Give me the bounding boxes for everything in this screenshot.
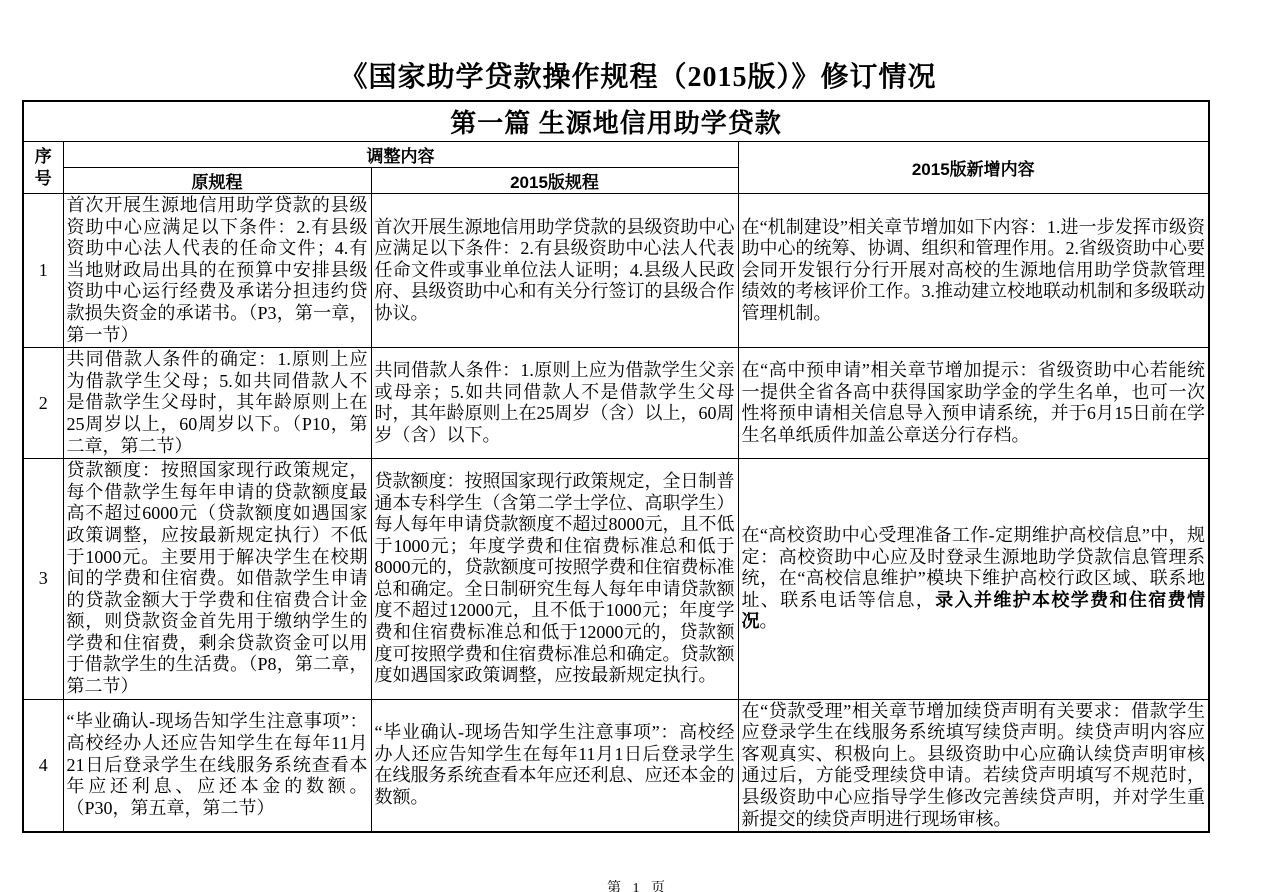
section-title: 第一篇 生源地信用助学贷款 bbox=[23, 101, 1209, 142]
cell-v2015: 首次开展生源地信用助学贷款的县级资助中心应满足以下条件：2.有县级资助中心法人代… bbox=[371, 194, 738, 348]
column-header-v2015: 2015版规程 bbox=[371, 168, 738, 194]
cell-added: 在“高中预申请”相关章节增加提示：省级资助中心若能统一提供全省各高中获得国家助学… bbox=[738, 348, 1209, 459]
cell-added: 在“贷款受理”相关章节增加续贷声明有关要求：借款学生应登录学生在线服务系统填写续… bbox=[738, 699, 1209, 832]
column-header-added: 2015版新增内容 bbox=[738, 142, 1209, 194]
cell-original: “毕业确认-现场告知学生注意事项”：高校经办人还应告知学生在每年11月21日后登… bbox=[63, 699, 371, 832]
added-text: 在“贷款受理”相关章节增加续贷声明有关要求：借款学生应登录学生在线服务系统填写续… bbox=[742, 701, 1206, 829]
cell-original: 首次开展生源地信用助学贷款的县级资助中心应满足以下条件：2.有县级资助中心法人代… bbox=[63, 194, 371, 348]
row-number: 4 bbox=[23, 699, 63, 832]
document-title: 《国家助学贷款操作规程（2015版）》修订情况 bbox=[0, 0, 1276, 96]
table-row: 1 首次开展生源地信用助学贷款的县级资助中心应满足以下条件：2.有县级资助中心法… bbox=[23, 194, 1209, 348]
column-header-original: 原规程 bbox=[63, 168, 371, 194]
cell-original: 贷款额度：按照国家现行政策规定，每个借款学生每年申请的贷款额度最高不超过6000… bbox=[63, 459, 371, 700]
cell-original: 共同借款人条件的确定：1.原则上应为借款学生父母；5.如共同借款人不是借款学生父… bbox=[63, 348, 371, 459]
table-row: 4 “毕业确认-现场告知学生注意事项”：高校经办人还应告知学生在每年11月21日… bbox=[23, 699, 1209, 832]
added-text: 在“机制建设”相关章节增加如下内容：1.进一步发挥市级资助中心的统筹、协调、组织… bbox=[742, 217, 1206, 323]
cell-v2015: 共同借款人条件：1.原则上应为借款学生父亲或母亲；5.如共同借款人不是借款学生父… bbox=[371, 348, 738, 459]
table-row: 3 贷款额度：按照国家现行政策规定，每个借款学生每年申请的贷款额度最高不超过60… bbox=[23, 459, 1209, 700]
added-text-post: 。 bbox=[760, 611, 778, 631]
header-row-1: 序号 调整内容 2015版新增内容 bbox=[23, 142, 1209, 168]
row-number: 2 bbox=[23, 348, 63, 459]
cell-v2015: 贷款额度：按照国家现行政策规定，全日制普通本专科学生（含第二学士学位、高职学生）… bbox=[371, 459, 738, 700]
cell-added: 在“机制建设”相关章节增加如下内容：1.进一步发挥市级资助中心的统筹、协调、组织… bbox=[738, 194, 1209, 348]
column-header-adjust-group: 调整内容 bbox=[63, 142, 738, 168]
page-number: 第 1 页 bbox=[0, 877, 1276, 892]
table-row: 2 共同借款人条件的确定：1.原则上应为借款学生父母；5.如共同借款人不是借款学… bbox=[23, 348, 1209, 459]
revision-table: 第一篇 生源地信用助学贷款 序号 调整内容 2015版新增内容 原规程 2015… bbox=[22, 100, 1210, 833]
added-text: 在“高中预申请”相关章节增加提示：省级资助中心若能统一提供全省各高中获得国家助学… bbox=[742, 360, 1206, 445]
cell-added: 在“高校资助中心受理准备工作-定期维护高校信息”中，规定：高校资助中心应及时登录… bbox=[738, 459, 1209, 700]
column-header-no: 序号 bbox=[23, 142, 63, 194]
document-page: 《国家助学贷款操作规程（2015版）》修订情况 第一篇 生源地信用助学贷款 序号… bbox=[0, 0, 1276, 892]
section-title-row: 第一篇 生源地信用助学贷款 bbox=[23, 101, 1209, 142]
row-number: 3 bbox=[23, 459, 63, 700]
row-number: 1 bbox=[23, 194, 63, 348]
cell-v2015: “毕业确认-现场告知学生注意事项”：高校经办人还应告知学生在每年11月1日后登录… bbox=[371, 699, 738, 832]
